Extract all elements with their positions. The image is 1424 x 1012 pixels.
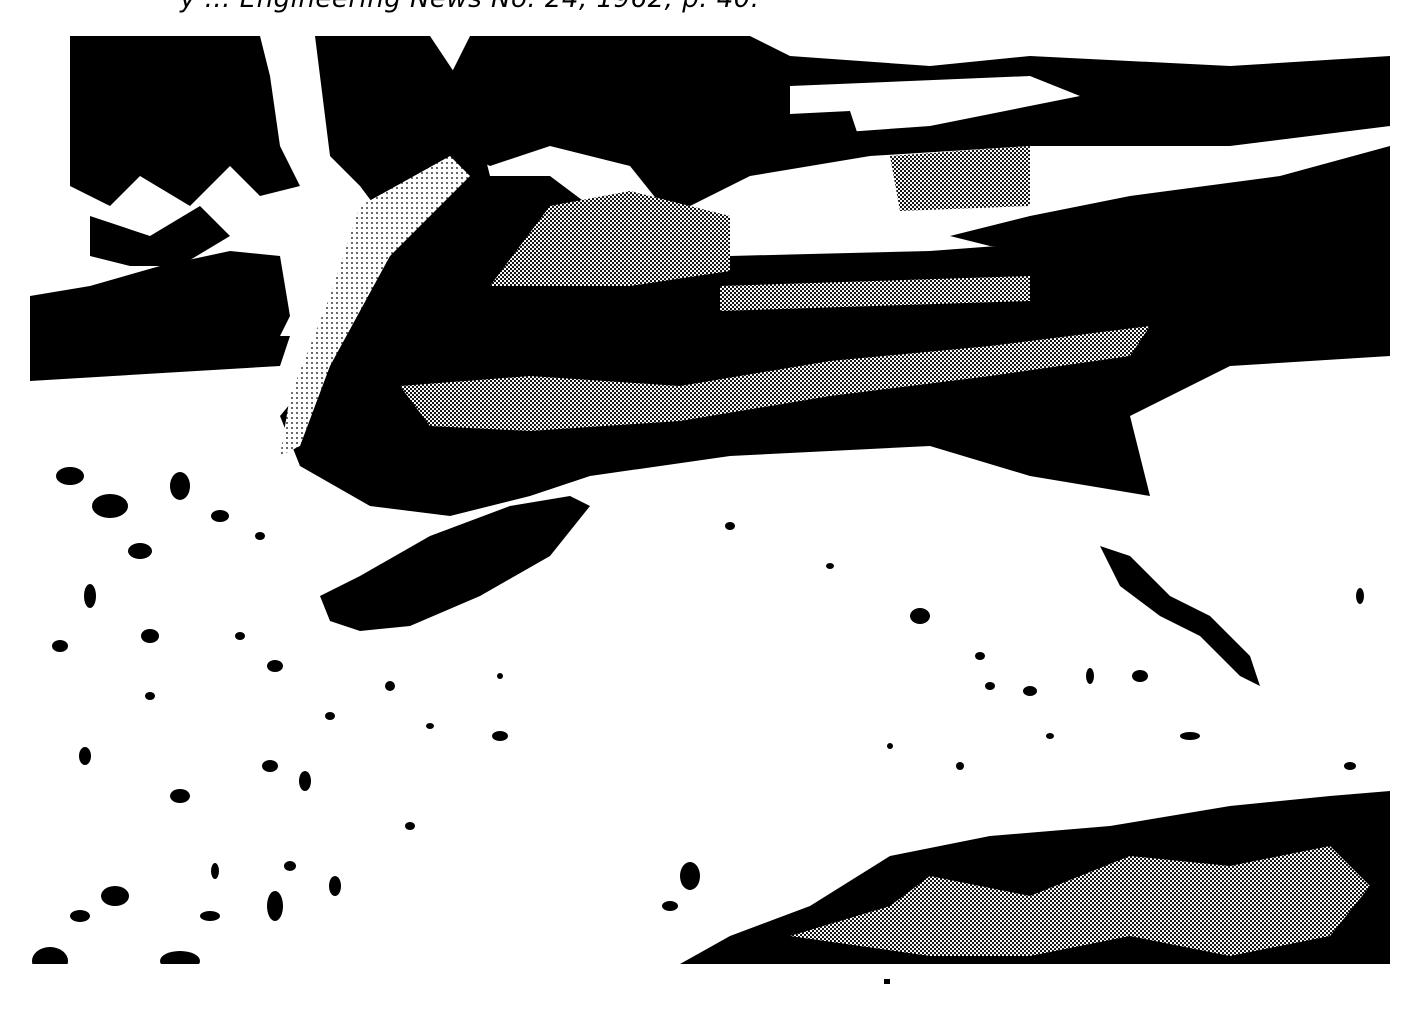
- halftone-photograph: [30, 36, 1390, 964]
- figure-source-caption: y ... Engineering News No. 24, 1962, p. …: [180, 0, 1300, 14]
- print-speck: [884, 979, 890, 984]
